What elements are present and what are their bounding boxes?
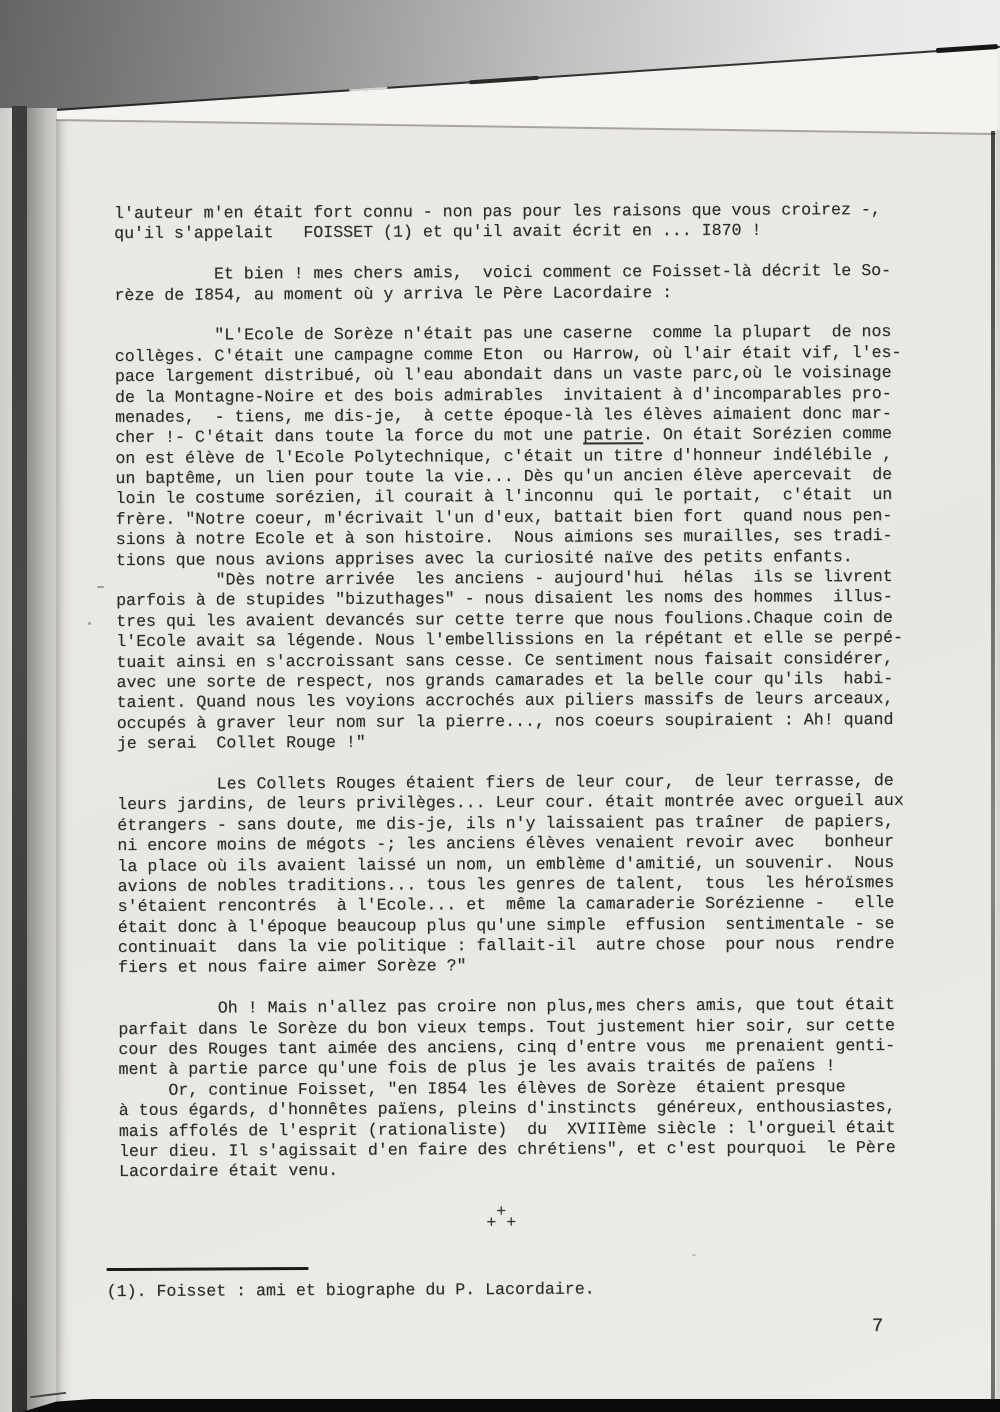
page-number: 7 xyxy=(872,1314,884,1338)
text-line: Lacordaire était venu. xyxy=(119,1158,906,1183)
text-line: occupés à graver leur nom sur la pierre.… xyxy=(117,710,904,735)
patrie-underline xyxy=(583,442,643,444)
footnote-rule xyxy=(107,1267,309,1271)
paper-speck xyxy=(97,586,104,588)
paper-speck xyxy=(692,1254,696,1256)
plus-separator: + + + xyxy=(486,1206,516,1228)
bottom-scan-strip xyxy=(22,1399,1000,1412)
typewriter-ink-layer: l'auteur m'en était fort connu - non pas… xyxy=(0,0,1000,1412)
text-lines: l'auteur m'en était fort connu - non pas… xyxy=(114,200,906,1183)
text-line: Et bien ! mes chers amis, voici comment … xyxy=(114,261,901,286)
footnote-text: (1). Foisset : ami et biographe du P. La… xyxy=(107,1279,595,1302)
scanned-page: l'auteur m'en était fort connu - non pas… xyxy=(0,0,1000,1412)
paper-speck xyxy=(88,622,91,625)
